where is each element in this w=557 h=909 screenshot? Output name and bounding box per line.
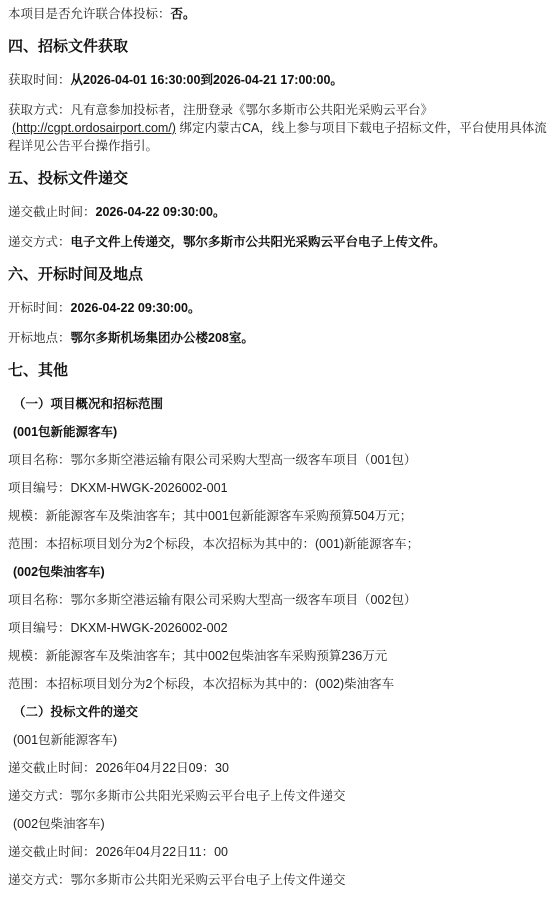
- submit-package2-method-label: 递交方式：: [8, 873, 71, 887]
- package1-name-value: 鄂尔多斯空港运输有限公司采购大型高一级客车项目（001包）: [71, 453, 417, 467]
- submit-package2-deadline-line: 递交截止时间：2026年04月22日11：00: [8, 843, 549, 861]
- opening-time-line: 开标时间：2026-04-22 09:30:00。: [8, 299, 549, 317]
- package2-scale-value: 新能源客车及柴油客车；其中002包柴油客车采购预算236万元: [46, 649, 388, 663]
- opening-time-label: 开标时间：: [8, 301, 71, 315]
- opening-time-value: 2026-04-22 09:30:00。: [71, 301, 201, 315]
- opening-place-value: 鄂尔多斯机场集团办公楼208室。: [71, 331, 254, 345]
- package2-number-line: 项目编号：DKXM-HWGK-2026002-002: [8, 619, 549, 637]
- submit-package1-deadline-line: 递交截止时间：2026年04月22日09：30: [8, 759, 549, 777]
- acquire-method-label: 获取方式：: [8, 103, 71, 117]
- package1-scale-line: 规模：新能源客车及柴油客车；其中001包新能源客车采购预算504万元；: [8, 507, 549, 525]
- submit-package2-deadline-label: 递交截止时间：: [8, 845, 96, 859]
- package1-name-line: 项目名称：鄂尔多斯空港运输有限公司采购大型高一级客车项目（001包）: [8, 451, 549, 469]
- submit-package1-deadline-value: 2026年04月22日09：30: [96, 761, 229, 775]
- submission-method-label: 递交方式：: [8, 235, 71, 249]
- package1-name-label: 项目名称：: [8, 453, 71, 467]
- package2-number-value: DKXM-HWGK-2026002-002: [71, 621, 228, 635]
- acquire-time-line: 获取时间：从2026-04-01 16:30:00到2026-04-21 17:…: [8, 71, 549, 89]
- package2-name-line: 项目名称：鄂尔多斯空港运输有限公司采购大型高一级客车项目（002包）: [8, 591, 549, 609]
- acquire-method-text-1: 凡有意参加投标者，注册登录《鄂尔多斯市公共阳光采购云平台》: [71, 103, 434, 117]
- submit-package1-method-label: 递交方式：: [8, 789, 71, 803]
- submission-method-value: 电子文件上传递交，鄂尔多斯市公共阳光采购云平台电子上传文件。: [71, 235, 446, 249]
- submission-deadline-value: 2026-04-22 09:30:00。: [96, 205, 226, 219]
- submit-package2-heading: (002包柴油客车): [8, 815, 549, 833]
- package2-scope-line: 范围：本招标项目划分为2个标段，本次招标为其中的：(002)柴油客车: [8, 675, 549, 693]
- acquire-time-label: 获取时间：: [8, 73, 71, 87]
- acquire-time-value: 从2026-04-01 16:30:00到2026-04-21 17:00:00…: [71, 73, 343, 87]
- package2-scope-value: 本招标项目划分为2个标段，本次招标为其中的：(002)柴油客车: [46, 677, 395, 691]
- tender-announcement-document: 本项目是否允许联合体投标：否。 四、招标文件获取 获取时间：从2026-04-0…: [0, 0, 557, 909]
- package2-heading: (002包柴油客车): [8, 563, 549, 581]
- package1-number-label: 项目编号：: [8, 481, 71, 495]
- package2-name-label: 项目名称：: [8, 593, 71, 607]
- package1-heading: (001包新能源客车): [8, 423, 549, 441]
- package2-name-value: 鄂尔多斯空港运输有限公司采购大型高一级客车项目（002包）: [71, 593, 417, 607]
- package2-scale-line: 规模：新能源客车及柴油客车；其中002包柴油客车采购预算236万元: [8, 647, 549, 665]
- section-title-document-acquisition: 四、招标文件获取: [8, 37, 549, 57]
- submit-package1-method-value: 鄂尔多斯市公共阳光采购云平台电子上传文件递交: [71, 789, 346, 803]
- subsection-bid-submission-title: （二）投标文件的递交: [8, 703, 549, 721]
- joint-bid-value: 否。: [171, 7, 196, 21]
- opening-place-line: 开标地点：鄂尔多斯机场集团办公楼208室。: [8, 329, 549, 347]
- submit-package1-method-line: 递交方式：鄂尔多斯市公共阳光采购云平台电子上传文件递交: [8, 787, 549, 805]
- package2-number-label: 项目编号：: [8, 621, 71, 635]
- subsection-project-overview-title: （一）项目概况和招标范围: [8, 395, 549, 413]
- section-title-bid-opening: 六、开标时间及地点: [8, 265, 549, 285]
- joint-bid-line: 本项目是否允许联合体投标：否。: [8, 5, 549, 23]
- platform-url-link[interactable]: (http://cgpt.ordosairport.com/): [12, 121, 176, 135]
- acquire-method-line: 获取方式：凡有意参加投标者，注册登录《鄂尔多斯市公共阳光采购云平台》(http:…: [8, 101, 549, 155]
- package2-scope-label: 范围：: [8, 677, 46, 691]
- section-title-other: 七、其他: [8, 361, 549, 381]
- package1-scope-value: 本招标项目划分为2个标段，本次招标为其中的：(001)新能源客车；: [46, 537, 420, 551]
- submit-package2-deadline-value: 2026年04月22日11：00: [96, 845, 229, 859]
- package1-scale-label: 规模：: [8, 509, 46, 523]
- submit-package1-heading: (001包新能源客车): [8, 731, 549, 749]
- opening-place-label: 开标地点：: [8, 331, 71, 345]
- submission-deadline-line: 递交截止时间：2026-04-22 09:30:00。: [8, 203, 549, 221]
- section-title-bid-submission: 五、投标文件递交: [8, 169, 549, 189]
- submit-package2-method-line: 递交方式：鄂尔多斯市公共阳光采购云平台电子上传文件递交: [8, 871, 549, 889]
- submission-deadline-label: 递交截止时间：: [8, 205, 96, 219]
- submit-package1-deadline-label: 递交截止时间：: [8, 761, 96, 775]
- submission-method-line: 递交方式：电子文件上传递交，鄂尔多斯市公共阳光采购云平台电子上传文件。: [8, 233, 549, 251]
- package1-scale-value: 新能源客车及柴油客车；其中001包新能源客车采购预算504万元；: [46, 509, 413, 523]
- section-other-body: （一）项目概况和招标范围 (001包新能源客车) 项目名称：鄂尔多斯空港运输有限…: [8, 395, 549, 889]
- package2-scale-label: 规模：: [8, 649, 46, 663]
- submit-package2-method-value: 鄂尔多斯市公共阳光采购云平台电子上传文件递交: [71, 873, 346, 887]
- package1-scope-line: 范围：本招标项目划分为2个标段，本次招标为其中的：(001)新能源客车；: [8, 535, 549, 553]
- package1-number-value: DKXM-HWGK-2026002-001: [71, 481, 228, 495]
- package1-scope-label: 范围：: [8, 537, 46, 551]
- joint-bid-label: 本项目是否允许联合体投标：: [8, 7, 171, 21]
- package1-number-line: 项目编号：DKXM-HWGK-2026002-001: [8, 479, 549, 497]
